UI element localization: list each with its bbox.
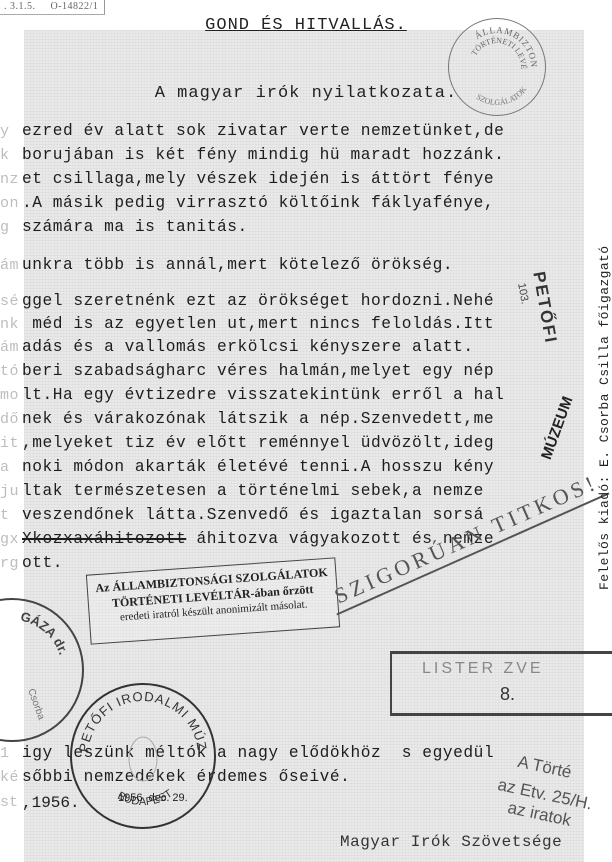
typed-line: .A másik pedig virrasztó költőink fáklya… <box>22 194 494 212</box>
archive-round-stamp: ÁLLAMBIZTONSÁGI TÖRTÉNETI LEVÉLTÁR SZOLG… <box>448 18 546 116</box>
typed-line: ,melyeket tiz év előtt reménnyel üdvözöl… <box>22 434 494 452</box>
margin-ghost-text: tó <box>0 363 19 380</box>
typed-line: nek és várakozónak látszik a nép.Szenved… <box>22 410 494 428</box>
typed-line: veszendőnek látta.Szenvedő és igaztalan … <box>22 506 484 524</box>
left-stamp-inner: Csorba <box>25 687 47 721</box>
margin-ghost-text: ám <box>0 257 19 274</box>
archive-reference-tag: . 3.1.5. O-14822/1 <box>0 0 105 15</box>
signature: Magyar Irók Szövetsége <box>340 833 562 851</box>
margin-ghost-text: t <box>0 507 10 524</box>
typed-line: lt.Ha egy évtizedre visszatekintünk errő… <box>22 386 504 404</box>
left-stamp-ring: GÁZA dr. <box>19 609 71 657</box>
margin-ghost-text: y <box>0 123 10 140</box>
typed-line: beri szabadságharc véres halmán,melyet e… <box>22 362 494 380</box>
margin-ghost-text: rg <box>0 555 19 572</box>
margin-ghost-text: dő <box>0 411 19 428</box>
margin-ghost-text: nk <box>0 316 19 333</box>
margin-ghost-text: g <box>0 219 10 236</box>
margin-ghost-text: ju <box>0 483 19 500</box>
typed-line: adás és a vallomás erkölcsi kényszere al… <box>22 338 474 356</box>
margin-ghost-text: ám <box>0 339 19 356</box>
museum-stamp-date: 1956. dec. 29. <box>118 792 188 804</box>
typed-line: et csillaga,mely vészek idején is áttört… <box>22 170 494 188</box>
margin-ghost-text: gx <box>0 531 19 548</box>
list-stamp-label: LISTER ZVE <box>422 660 544 678</box>
svg-text:SZOLGÁLATOK: SZOLGÁLATOK <box>475 85 529 107</box>
stamp-top-bottom: SZOLGÁLATOK <box>475 85 529 107</box>
document-page: . 3.1.5. O-14822/1 GOND ÉS HITVALLÁS. A … <box>0 0 612 862</box>
museum-round-stamp: PETŐFI IRODALMI MÚZEUM BUDAPEST 1956. de… <box>70 683 216 829</box>
crest-icon <box>129 737 157 781</box>
svg-text:PETŐFI IRODALMI MÚZEUM: PETŐFI IRODALMI MÚZEUM <box>72 685 210 753</box>
list-box-stamp: LISTER ZVE 8. <box>390 651 612 716</box>
margin-ghost-text: a <box>0 459 10 476</box>
svg-text:GÁZA dr.: GÁZA dr. <box>19 609 71 657</box>
typed-line: méd is az egyetlen ut,mert nincs feloldá… <box>22 315 494 333</box>
margin-ghost-text: mo <box>0 387 19 404</box>
typed-line: számára ma is tanitás. <box>22 218 248 236</box>
date-line: ,1956. <box>22 794 80 812</box>
date-ghost: st <box>0 794 18 811</box>
typed-line: borujában is két fény mindig hü maradt h… <box>22 146 504 164</box>
margin-ghost-text: nz <box>0 171 19 188</box>
typed-line: ott. <box>22 554 63 572</box>
margin-ghost-text: on <box>0 195 19 212</box>
typed-line: unkra több is annál,mert kötelező öröksé… <box>22 256 453 274</box>
vertical-publisher-caption: Felelős kiadó: E. Csorba Csilla főigazga… <box>597 246 612 590</box>
museum-stamp-ring: PETŐFI IRODALMI MÚZEUM <box>72 685 210 753</box>
margin-ghost-text: ké <box>0 769 19 786</box>
margin-ghost-text: 1 <box>0 745 10 762</box>
margin-ghost-text: sé <box>0 293 19 310</box>
struck-text: Xkozxaxáhitozott <box>22 530 186 548</box>
typed-line: ltak természetesen a történelmi sebek,a … <box>22 482 484 500</box>
typed-line: ezred év alatt sok zivatar verte nemzetü… <box>22 122 504 140</box>
typed-line: noki módon akarták életévé tenni.A hossz… <box>22 458 494 476</box>
margin-ghost-text: it <box>0 435 19 452</box>
list-stamp-number: 8. <box>500 684 515 705</box>
typed-line: ggel szeretnénk ezt az örökséget hordozn… <box>22 292 494 310</box>
margin-ghost-text: k <box>0 147 10 164</box>
